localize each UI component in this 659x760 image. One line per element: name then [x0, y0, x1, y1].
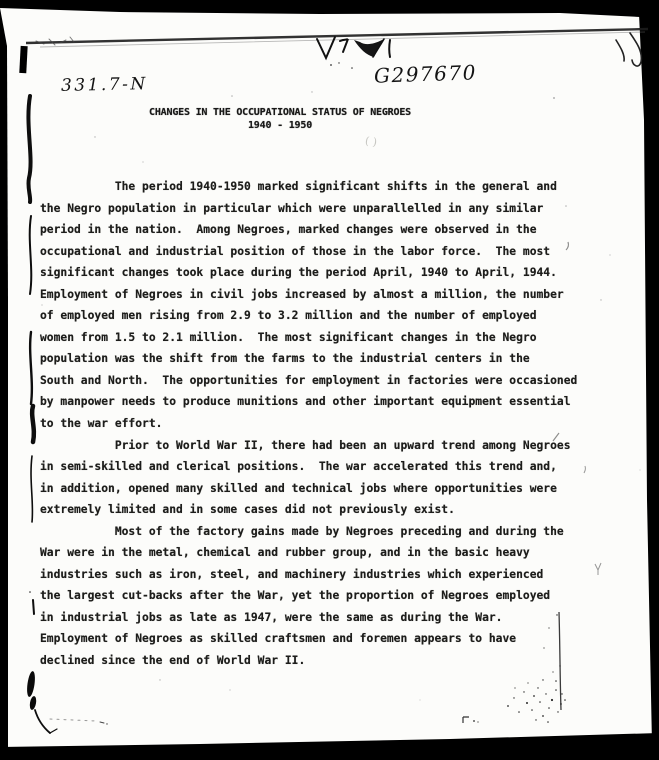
scribble-v	[317, 37, 335, 58]
text-line: period in the nation. Among Negroes, mar…	[40, 219, 625, 241]
document-title-line1: CHANGES IN THE OCCUPATIONAL STATUS OF NE…	[40, 107, 520, 120]
text-line: occupational and industrial position of …	[40, 241, 625, 263]
text-line: South and North. The opportunities for e…	[40, 370, 625, 392]
text-line: Employment of Negroes in civil jobs incr…	[40, 284, 625, 306]
handwritten-accession-number: G297670	[374, 60, 478, 88]
text-line: in semi-skilled and clerical positions. …	[40, 456, 625, 478]
text-line: women from 1.5 to 2.1 million. The most …	[40, 327, 625, 349]
text-line: Most of the factory gains made by Negroe…	[40, 521, 625, 543]
scan-edge-top	[0, 0, 659, 30]
text-line: significant changes took place during th…	[40, 262, 625, 284]
scribble-blob	[354, 39, 384, 57]
text-line: Employment of Negroes as skilled craftsm…	[40, 628, 625, 650]
document-title: CHANGES IN THE OCCUPATIONAL STATUS OF NE…	[40, 107, 520, 132]
pen-scribbles	[36, 33, 641, 69]
text-line: of employed men rising from 2.9 to 3.2 m…	[40, 305, 625, 327]
scan-edge-right	[639, 14, 659, 744]
text-line: Prior to World War II, there had been an…	[40, 435, 625, 457]
text-line: industries such as iron, steel, and mach…	[40, 564, 625, 586]
text-line: The period 1940-1950 marked significant …	[40, 176, 625, 198]
text-line: to the war effort.	[40, 413, 625, 435]
text-line: War were in the metal, chemical and rubb…	[40, 542, 625, 564]
text-line: population was the shift from the farms …	[40, 348, 625, 370]
paragraph: Most of the factory gains made by Negroe…	[40, 521, 625, 672]
scribble-tick	[389, 40, 390, 57]
scribble-seven	[340, 39, 348, 52]
text-line: declined since the end of World War II.	[40, 650, 625, 672]
document-title-line2: 1940 - 1950	[40, 120, 520, 133]
text-line: the largest cut-backs after the War, yet…	[40, 585, 625, 607]
faint-pencil-mark: ( )	[364, 134, 378, 149]
scanned-document-page: 331.7-N G297670 CHANGES IN THE OCCUPATIO…	[0, 0, 659, 760]
text-line: by manpower needs to produce munitions a…	[40, 391, 625, 413]
paragraph: Prior to World War II, there had been an…	[40, 435, 625, 521]
text-line: in industrial jobs as late as 1947, were…	[40, 607, 625, 629]
scan-edge-left	[0, 8, 8, 747]
text-line: the Negro population in particular which…	[40, 198, 625, 220]
document-body: The period 1940-1950 marked significant …	[40, 176, 625, 672]
binding-mark	[19, 46, 27, 73]
handwritten-call-number: 331.7-N	[61, 74, 148, 96]
page-fold-line	[26, 29, 648, 47]
scan-edge-bottom	[0, 733, 659, 760]
text-line: in addition, opened many skilled and tec…	[40, 478, 625, 500]
paragraph: The period 1940-1950 marked significant …	[40, 176, 625, 435]
text-line: extremely limited and in some cases did …	[40, 499, 625, 521]
